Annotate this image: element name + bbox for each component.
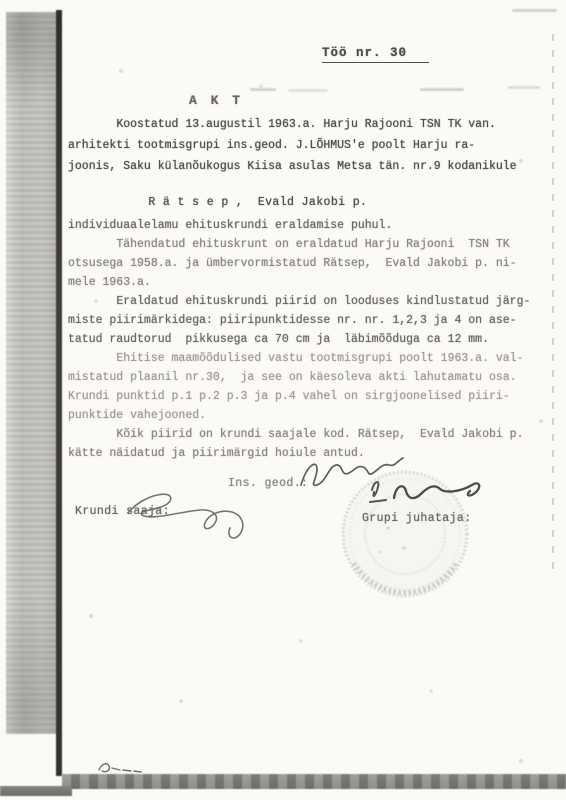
scan-smudge — [508, 86, 540, 89]
scan-smudge — [288, 89, 328, 92]
ink-mark — [95, 760, 147, 776]
recipient-name: R ä t s e p , Evald Jakobi p. — [68, 193, 542, 212]
paragraph-purpose: individuaalelamu ehituskrundi eraldamise… — [68, 216, 542, 235]
paragraph-intro: Koostatud 13.augustil 1963.a. Harju Rajo… — [68, 114, 542, 177]
page-edge-shadow-bottom — [62, 774, 566, 789]
scan-smudge — [250, 88, 276, 91]
ins-geod-label: Ins. geod.: — [228, 477, 308, 490]
paragraph-plan: Ehitise maamõõdulised vastu tootmisgrupi… — [68, 349, 542, 425]
paragraph-boundary: Eraldatud ehituskrundi piirid on looduse… — [68, 292, 542, 349]
page-edge-shadow-left — [6, 12, 57, 734]
krundi-saaja-label: Krundi saaja: — [75, 505, 170, 518]
paragraph-allocation: Tähendatud ehituskrunt on eraldatud Harj… — [68, 235, 542, 292]
page-fold-line — [56, 10, 62, 776]
page-edge-perforation-right — [552, 34, 554, 574]
document-title: A K T — [189, 93, 243, 108]
work-number-text: Töö nr. 30 — [322, 46, 429, 63]
grupi-juhataja-label: Grupi juhataja: — [362, 512, 472, 525]
work-number: Töö nr. 30 — [322, 46, 429, 63]
document-body: Koostatud 13.augustil 1963.a. Harju Rajo… — [68, 114, 542, 463]
scanned-document-page: Töö nr. 30 A K T Koostatud 13.augustil 1… — [0, 0, 566, 800]
scan-smudge — [420, 88, 464, 91]
page-edge-shadow-bottom-left — [0, 786, 72, 796]
scan-smudge — [512, 9, 557, 12]
scan-speckles — [0, 0, 2, 2]
